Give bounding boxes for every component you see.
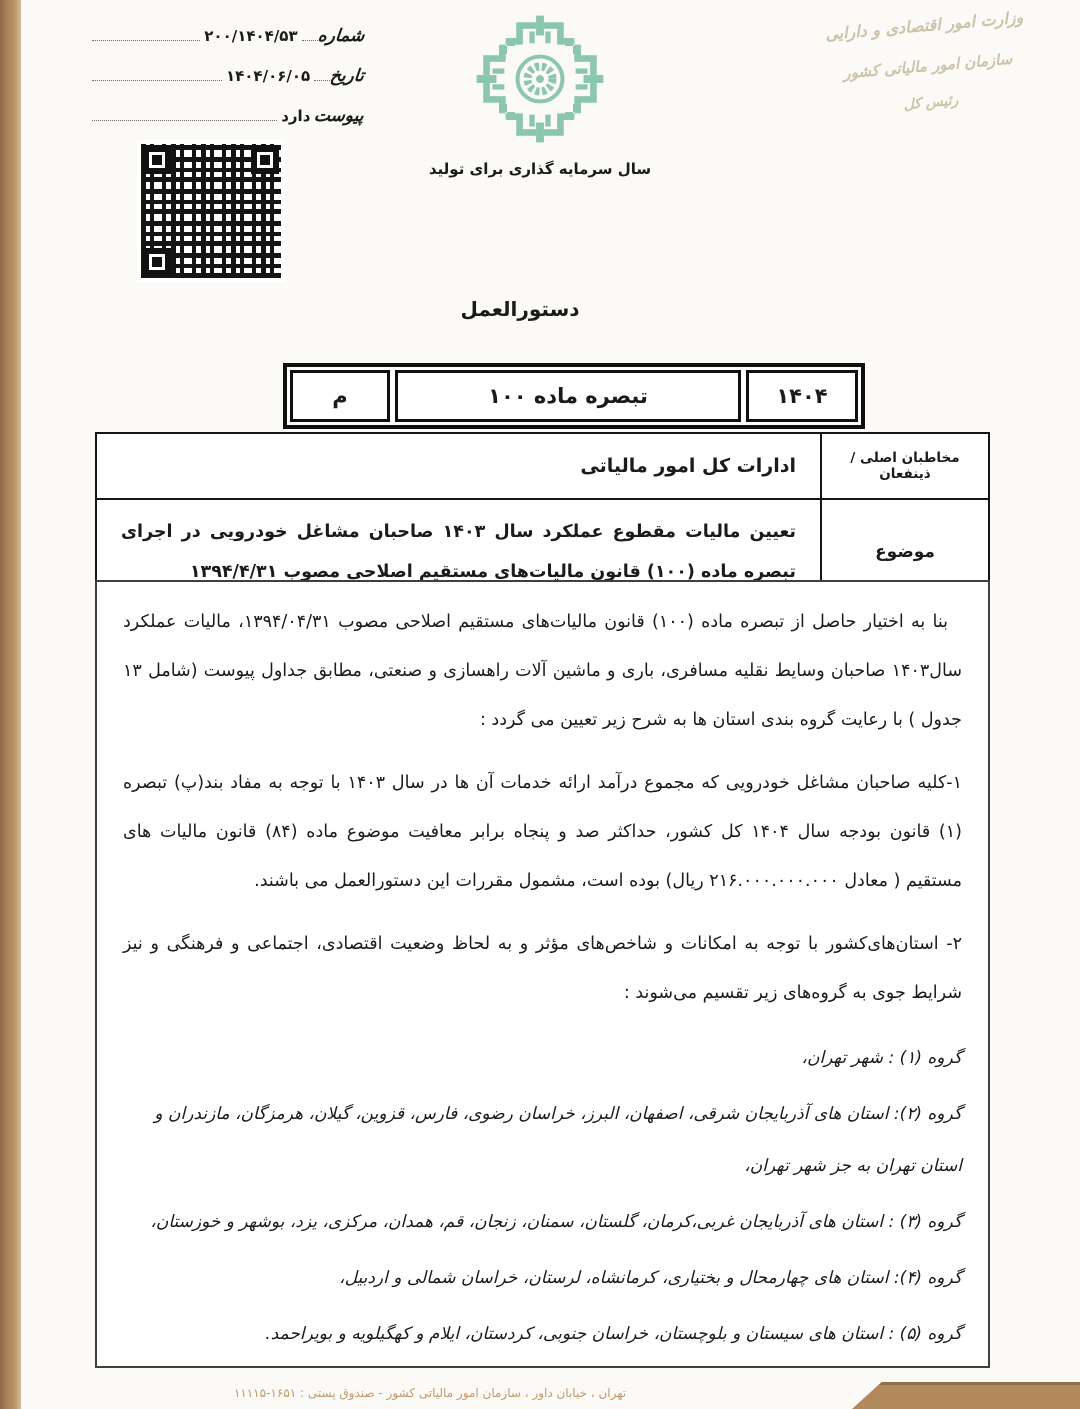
province-group-3: گروه (۳) : استان های آذربایجان غربی،کرما… bbox=[123, 1196, 962, 1248]
body-paragraph: بنا به اختیار حاصل از تبصره ماده (۱۰۰) ق… bbox=[123, 598, 962, 745]
classification-code-cell: م bbox=[290, 370, 390, 422]
ministry-name: وزارت امور اقتصادی و دارایی bbox=[791, 5, 1057, 47]
letterhead-calligraphy: وزارت امور اقتصادی و دارایی سازمان امور … bbox=[791, 5, 1063, 123]
doc-attachment-row: پیوست دارد bbox=[92, 106, 364, 146]
dotted-leader bbox=[92, 108, 277, 121]
directive-body: بنا به اختیار حاصل از تبصره ماده (۱۰۰) ق… bbox=[95, 580, 990, 1368]
doc-date-value: ۱۴۰۴/۰۶/۰۵ bbox=[222, 67, 314, 85]
audience-value-cell: ادارات کل امور مالیاتی bbox=[97, 434, 820, 498]
footer-address: تهران ، خیابان داور ، سازمان امور مالیات… bbox=[110, 1386, 750, 1400]
signatory-title: رئیس کل bbox=[798, 83, 1063, 122]
qr-finder-icon bbox=[143, 248, 171, 276]
province-group-2: گروه (۲): استان های آذربایجان شرقی، اصفه… bbox=[123, 1088, 962, 1192]
dotted-leader bbox=[302, 28, 318, 41]
audience-label-cell: مخاطبان اصلی / ذینفعان bbox=[820, 434, 988, 498]
tax-organization-logo-icon bbox=[465, 8, 615, 150]
dotted-leader bbox=[314, 68, 330, 81]
doc-attachment-label: پیوست bbox=[313, 106, 365, 126]
classification-subject-cell: تبصره ماده ۱۰۰ bbox=[395, 370, 741, 422]
organization-name: سازمان امور مالیاتی کشور bbox=[795, 45, 1061, 86]
scanned-tax-directive-page: { "meta": { "number_label": "شماره", "nu… bbox=[0, 0, 1080, 1409]
qr-finder-icon bbox=[143, 146, 171, 174]
scan-edge-left bbox=[0, 0, 21, 1409]
classification-year-cell: ۱۴۰۴ bbox=[746, 370, 858, 422]
document-meta-block: شماره ۲۰۰/۱۴۰۴/۵۳ تاریخ ۱۴۰۴/۰۶/۰۵ پیوست… bbox=[92, 26, 364, 146]
audience-row: مخاطبان اصلی / ذینفعان ادارات کل امور ما… bbox=[97, 434, 988, 500]
doc-date-row: تاریخ ۱۴۰۴/۰۶/۰۵ bbox=[92, 66, 364, 106]
year-slogan: سال سرمایه گذاری برای تولید bbox=[420, 160, 660, 178]
document-title: دستورالعمل bbox=[400, 297, 640, 321]
dotted-leader bbox=[92, 28, 200, 41]
dotted-leader bbox=[92, 68, 222, 81]
province-group-5: گروه (۵) : استان های سیستان و بلوچستان، … bbox=[123, 1308, 962, 1360]
qr-finder-icon bbox=[251, 146, 279, 174]
doc-number-row: شماره ۲۰۰/۱۴۰۴/۵۳ bbox=[92, 26, 364, 66]
body-paragraph: ۱-کلیه صاحبان مشاغل خودرویی که مجموع درآ… bbox=[123, 759, 962, 906]
qr-code bbox=[141, 144, 281, 278]
classification-table: ۱۴۰۴ تبصره ماده ۱۰۰ م bbox=[283, 363, 865, 429]
scan-edge-bottom-right bbox=[852, 1382, 1080, 1409]
province-group-4: گروه (۴): استان های چهارمحال و بختیاری، … bbox=[123, 1252, 962, 1304]
doc-number-label: شماره bbox=[317, 26, 365, 46]
body-paragraph: ۲- استان‌های‌کشور با توجه به امکانات و ش… bbox=[123, 920, 962, 1018]
doc-attachment-value: دارد bbox=[277, 107, 314, 125]
province-group-1: گروه (۱) : شهر تهران، bbox=[123, 1032, 962, 1084]
doc-number-value: ۲۰۰/۱۴۰۴/۵۳ bbox=[200, 27, 301, 45]
doc-date-label: تاریخ bbox=[329, 66, 365, 86]
